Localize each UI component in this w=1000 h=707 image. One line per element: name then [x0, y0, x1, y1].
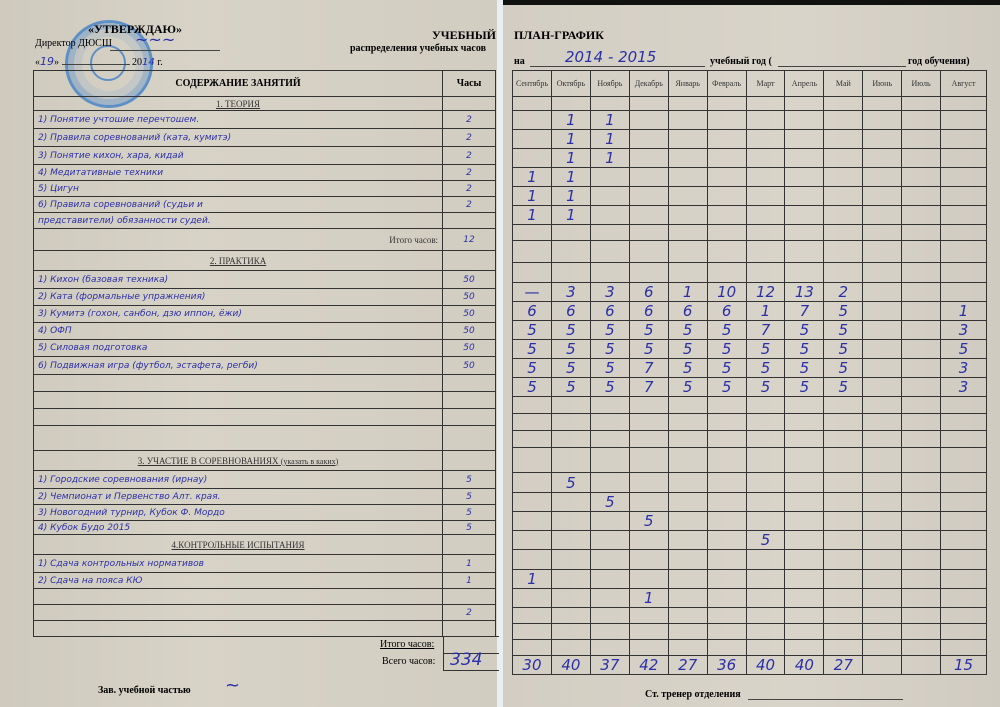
- theory-row-cell: [707, 206, 746, 225]
- competition-row: 1: [513, 589, 987, 608]
- theory-row-cell: [629, 168, 668, 187]
- monthly-totals-row-cell: [863, 656, 902, 675]
- topic-row: 6) Подвижная игра (футбол, эстафета, рег…: [34, 357, 443, 375]
- theory-row-cell: [746, 225, 785, 241]
- practice-row-cell: 6: [590, 302, 629, 321]
- practice-row-cell: [668, 397, 707, 414]
- competition-row-cell: [902, 493, 941, 512]
- competition-row-cell: [902, 473, 941, 493]
- competition-row-cell: [746, 473, 785, 493]
- practice-row-cell: [902, 431, 941, 448]
- competition-row-cell: [824, 493, 863, 512]
- practice-row-cell: 3: [551, 283, 590, 302]
- competition-row: 5: [513, 473, 987, 493]
- practice-row-cell: 5: [707, 340, 746, 359]
- competition-row-cell: 1: [513, 570, 552, 589]
- competition-row-cell: [785, 493, 824, 512]
- competition-row-cell: [746, 493, 785, 512]
- competition-row-cell: [863, 493, 902, 512]
- competition-row-cell: [668, 608, 707, 624]
- theory-row-cell: [629, 111, 668, 130]
- monthly-schedule-grid: СентябрьОктябрьНоябрьДекабрьЯнварьФеврал…: [512, 70, 987, 675]
- competition-row-cell: [668, 448, 707, 473]
- month-header-row-cell: Май: [824, 71, 863, 97]
- theory-row-cell: [941, 97, 987, 111]
- practice-row: [513, 397, 987, 414]
- competition-row-cell: [941, 570, 987, 589]
- head-signature: ~: [225, 675, 240, 696]
- practice-row-cell: 5: [785, 340, 824, 359]
- competition-row-cell: [824, 473, 863, 493]
- topic-row: 2) Ката (формальные упражнения): [34, 289, 443, 306]
- competition-row: [513, 448, 987, 473]
- practice-row-cell: 7: [785, 302, 824, 321]
- competition-row: [513, 640, 987, 656]
- monthly-totals-row: 30403742273640402715: [513, 656, 987, 675]
- theory-row-cell: 1: [551, 168, 590, 187]
- practice-row-cell: 1: [941, 302, 987, 321]
- practice-row-cell: [863, 321, 902, 340]
- topic-row: 4) Медитативные техники: [34, 165, 443, 181]
- col-hours-header: Часы: [443, 71, 496, 97]
- practice-row-cell: [629, 414, 668, 431]
- theory-row-cell: [785, 187, 824, 206]
- competition-row-cell: [863, 473, 902, 493]
- practice-row-cell: [941, 283, 987, 302]
- competition-row-cell: [513, 589, 552, 608]
- theory-row-cell: [707, 97, 746, 111]
- competition-row-cell: [513, 512, 552, 531]
- practice-row-cell: [863, 302, 902, 321]
- topic-row: 1) Понятие учтошие перечтошем.: [34, 111, 443, 129]
- month-header-row-cell: Январь: [668, 71, 707, 97]
- competition-row-cell: [513, 640, 552, 656]
- theory-row: 11: [513, 149, 987, 168]
- theory-row-cell: [824, 130, 863, 149]
- competition-row-cell: [629, 624, 668, 640]
- month-header-row-cell: Декабрь: [629, 71, 668, 97]
- theory-row: [513, 241, 987, 263]
- competition-row-cell: [629, 473, 668, 493]
- content-table: СОДЕРЖАНИЕ ЗАНЯТИЙ Часы 1. ТЕОРИЯ 1) Пон…: [33, 70, 496, 637]
- practice-row-cell: 7: [629, 359, 668, 378]
- theory-row-cell: [707, 149, 746, 168]
- competition-row-cell: [941, 473, 987, 493]
- theory-row-cell: [746, 149, 785, 168]
- topic-row: 5) Цигун: [34, 181, 443, 197]
- competition-row-cell: [746, 624, 785, 640]
- practice-row-cell: [668, 263, 707, 283]
- theory-row-cell: [513, 97, 552, 111]
- practice-row-cell: 6: [629, 283, 668, 302]
- theory-row-cell: [668, 97, 707, 111]
- monthly-totals-row-cell: 40: [746, 656, 785, 675]
- practice-row-cell: 5: [668, 321, 707, 340]
- competition-row-cell: [551, 493, 590, 512]
- academic-year: 2014 - 2015: [565, 48, 656, 66]
- competition-row-cell: [629, 493, 668, 512]
- competition-row-cell: [707, 608, 746, 624]
- practice-row-cell: 5: [941, 340, 987, 359]
- competition-row-cell: 5: [551, 473, 590, 493]
- theory-row-cell: [707, 225, 746, 241]
- monthly-totals-row-cell: 40: [551, 656, 590, 675]
- theory-row-cell: [824, 97, 863, 111]
- competition-row-cell: [629, 531, 668, 550]
- competition-row-cell: [668, 512, 707, 531]
- competition-row-cell: 5: [590, 493, 629, 512]
- theory-row-cell: [785, 206, 824, 225]
- theory-row-cell: [941, 111, 987, 130]
- month-header-row-cell: Август: [941, 71, 987, 97]
- competition-row-cell: [941, 624, 987, 640]
- col-content-header: СОДЕРЖАНИЕ ЗАНЯТИЙ: [34, 71, 443, 97]
- theory-row-cell: [863, 97, 902, 111]
- director-label: Директор ДЮСШ: [35, 38, 112, 49]
- practice-row-cell: 5: [629, 340, 668, 359]
- theory-row-cell: [746, 168, 785, 187]
- theory-row-cell: [785, 225, 824, 241]
- competition-row-cell: [824, 448, 863, 473]
- competition-row-cell: [590, 608, 629, 624]
- monthly-totals-row-cell: 30: [513, 656, 552, 675]
- theory-row-cell: 1: [551, 130, 590, 149]
- competition-row-cell: [551, 448, 590, 473]
- competition-row: 5: [513, 512, 987, 531]
- theory-row-cell: [707, 111, 746, 130]
- theory-row-cell: [824, 241, 863, 263]
- study-year-label: год обучения): [908, 56, 970, 67]
- practice-row-cell: 5: [824, 302, 863, 321]
- theory-row-cell: [785, 168, 824, 187]
- topic-row: 1) Городские соревнования (ирнау): [34, 471, 443, 489]
- practice-row-cell: 3: [941, 321, 987, 340]
- theory-row-cell: [629, 149, 668, 168]
- competition-row-cell: [629, 550, 668, 570]
- practice-row-cell: 3: [590, 283, 629, 302]
- competition-row-cell: [513, 448, 552, 473]
- competition-row-cell: [746, 589, 785, 608]
- practice-row-cell: 5: [785, 378, 824, 397]
- practice-row-cell: [863, 414, 902, 431]
- competition-row-cell: [746, 608, 785, 624]
- topic-row: представители) обязанности судей.: [34, 213, 443, 229]
- monthly-totals-row-cell: 27: [824, 656, 863, 675]
- theory-row-cell: [863, 111, 902, 130]
- theory-row-cell: [629, 97, 668, 111]
- month-header-row-cell: Октябрь: [551, 71, 590, 97]
- competition-row-cell: [590, 640, 629, 656]
- practice-row-cell: [513, 263, 552, 283]
- competition-row-cell: [785, 550, 824, 570]
- practice-row-cell: 2: [824, 283, 863, 302]
- practice-row-cell: 5: [551, 321, 590, 340]
- theory-row-cell: [513, 225, 552, 241]
- competition-row-cell: [902, 589, 941, 608]
- theory-row-cell: 1: [513, 168, 552, 187]
- competition-row: [513, 550, 987, 570]
- theory-row-cell: [629, 241, 668, 263]
- theory-row-cell: 1: [590, 149, 629, 168]
- practice-row-cell: 5: [824, 359, 863, 378]
- theory-row: 11: [513, 168, 987, 187]
- practice-row-cell: [863, 431, 902, 448]
- practice-row-cell: [590, 431, 629, 448]
- theory-row-cell: [785, 241, 824, 263]
- practice-row-cell: 5: [824, 321, 863, 340]
- practice-row-cell: [746, 414, 785, 431]
- practice-row-cell: [590, 414, 629, 431]
- practice-row: 5557555553: [513, 378, 987, 397]
- competition-row-cell: [746, 512, 785, 531]
- practice-row-cell: 5: [707, 378, 746, 397]
- practice-row-cell: [551, 414, 590, 431]
- competition-row-cell: [629, 448, 668, 473]
- practice-row-cell: 13: [785, 283, 824, 302]
- theory-row-cell: [551, 97, 590, 111]
- practice-row-cell: [785, 431, 824, 448]
- practice-row-cell: 5: [513, 378, 552, 397]
- practice-row-cell: [513, 397, 552, 414]
- month-header-row-cell: Апрель: [785, 71, 824, 97]
- competition-row-cell: [863, 448, 902, 473]
- practice-row-cell: 5: [513, 359, 552, 378]
- theory-row-cell: [824, 149, 863, 168]
- competition-row-cell: [902, 448, 941, 473]
- competition-row-cell: [668, 640, 707, 656]
- competition-row-cell: [785, 608, 824, 624]
- practice-row-cell: [824, 397, 863, 414]
- practice-row-cell: 5: [785, 321, 824, 340]
- practice-row-cell: 3: [941, 359, 987, 378]
- practice-row-cell: [863, 397, 902, 414]
- theory-row-cell: [863, 225, 902, 241]
- competition-row-cell: [590, 624, 629, 640]
- competition-row-cell: [707, 624, 746, 640]
- competition-row-cell: [863, 512, 902, 531]
- competition-row-cell: [785, 570, 824, 589]
- month-header-row-cell: Сентябрь: [513, 71, 552, 97]
- year-prefix: на: [514, 56, 525, 67]
- practice-row-cell: [785, 397, 824, 414]
- competition-row-cell: [513, 493, 552, 512]
- theory-row-cell: [668, 149, 707, 168]
- theory-row-cell: [629, 187, 668, 206]
- theory-row-cell: [707, 241, 746, 263]
- topic-row: 2) Сдача на пояса КЮ: [34, 573, 443, 589]
- practice-row-cell: 5: [668, 359, 707, 378]
- competition-row-cell: [707, 448, 746, 473]
- competition-row-cell: [863, 589, 902, 608]
- practice-row-cell: [629, 431, 668, 448]
- topic-row: 2) Правила соревнований (ката, кумитэ): [34, 129, 443, 147]
- practice-row-cell: 5: [746, 359, 785, 378]
- section-title-theory: 1. ТЕОРИЯ: [34, 97, 443, 111]
- competition-row-cell: [941, 589, 987, 608]
- section-title-practice: 2. ПРАКТИКА: [34, 251, 443, 271]
- practice-row-cell: 6: [551, 302, 590, 321]
- practice-row-cell: [863, 359, 902, 378]
- theory-row-cell: [941, 206, 987, 225]
- practice-row-cell: 5: [513, 340, 552, 359]
- practice-row-cell: [902, 263, 941, 283]
- competition-row-cell: [941, 550, 987, 570]
- theory-row-cell: 1: [513, 206, 552, 225]
- theory-row-cell: [668, 168, 707, 187]
- practice-row-cell: [941, 431, 987, 448]
- competition-row-cell: [590, 448, 629, 473]
- theory-row-cell: [746, 206, 785, 225]
- practice-row-cell: 5: [551, 340, 590, 359]
- practice-row-cell: 6: [513, 302, 552, 321]
- competition-row-cell: [629, 608, 668, 624]
- competition-row-cell: [902, 624, 941, 640]
- topic-row: 1) Кихон (базовая техника): [34, 271, 443, 289]
- competition-row-cell: [785, 531, 824, 550]
- theory-row-cell: [590, 241, 629, 263]
- theory-row-cell: [902, 168, 941, 187]
- competition-row-cell: [590, 531, 629, 550]
- practice-row-cell: [513, 414, 552, 431]
- practice-row-cell: [824, 414, 863, 431]
- competition-row-cell: 5: [629, 512, 668, 531]
- theory-row-cell: [629, 130, 668, 149]
- competition-row-cell: [668, 624, 707, 640]
- practice-row-cell: [707, 431, 746, 448]
- practice-row-cell: [941, 263, 987, 283]
- monthly-totals-row-cell: 15: [941, 656, 987, 675]
- competition-row-cell: [551, 512, 590, 531]
- theory-row-cell: [941, 225, 987, 241]
- practice-row-cell: [902, 302, 941, 321]
- theory-row-cell: [785, 111, 824, 130]
- practice-row-cell: 3: [941, 378, 987, 397]
- theory-row-cell: [746, 130, 785, 149]
- theory-row: 11: [513, 130, 987, 149]
- practice-row-cell: [941, 414, 987, 431]
- theory-row-cell: [590, 206, 629, 225]
- competition-row: 1: [513, 570, 987, 589]
- theory-row-cell: 1: [551, 149, 590, 168]
- competition-row-cell: [902, 640, 941, 656]
- signature-line: [110, 50, 220, 51]
- competition-row-cell: [941, 531, 987, 550]
- competition-row-cell: [707, 589, 746, 608]
- theory-row-cell: [863, 149, 902, 168]
- competition-row-cell: [707, 550, 746, 570]
- practice-row-cell: 10: [707, 283, 746, 302]
- practice-row-cell: [941, 397, 987, 414]
- competition-row-cell: [668, 493, 707, 512]
- practice-row-cell: 6: [668, 302, 707, 321]
- practice-row-cell: 5: [590, 321, 629, 340]
- competition-row-cell: [902, 550, 941, 570]
- competition-row-cell: [513, 608, 552, 624]
- practice-row-cell: [746, 397, 785, 414]
- competition-row-cell: [551, 570, 590, 589]
- practice-row-cell: [590, 397, 629, 414]
- practice-row: [513, 263, 987, 283]
- theory-row-cell: [785, 149, 824, 168]
- theory-row-cell: [902, 111, 941, 130]
- practice-row: [513, 431, 987, 448]
- theory-row-cell: [941, 149, 987, 168]
- competition-row-cell: [551, 550, 590, 570]
- monthly-totals-row-cell: 37: [590, 656, 629, 675]
- theory-row-cell: [668, 187, 707, 206]
- practice-row-cell: [551, 431, 590, 448]
- theory-row-cell: [668, 225, 707, 241]
- topic-row: 5) Силовая подготовка: [34, 340, 443, 357]
- theory-row-cell: [513, 241, 552, 263]
- theory-row-cell: [551, 225, 590, 241]
- competition-row-cell: [824, 531, 863, 550]
- month-header-row-cell: Ноябрь: [590, 71, 629, 97]
- competition-row-cell: [551, 531, 590, 550]
- director-signature: ~~~: [135, 30, 175, 49]
- practice-row-cell: 1: [746, 302, 785, 321]
- competition-row-cell: [824, 550, 863, 570]
- practice-row-cell: 1: [668, 283, 707, 302]
- competition-row-cell: [941, 493, 987, 512]
- practice-row: —33611012132: [513, 283, 987, 302]
- practice-row-cell: [902, 414, 941, 431]
- practice-row-cell: 5: [785, 359, 824, 378]
- monthly-totals-row-cell: 27: [668, 656, 707, 675]
- theory-row-cell: [902, 225, 941, 241]
- competition-row-cell: [824, 570, 863, 589]
- competition-row-cell: 5: [746, 531, 785, 550]
- practice-row-cell: 5: [590, 340, 629, 359]
- month-header-row-cell: Март: [746, 71, 785, 97]
- practice-row-cell: [902, 283, 941, 302]
- competition-row-cell: [785, 448, 824, 473]
- theory-row-cell: [590, 187, 629, 206]
- theory-total-label: Итого часов:: [34, 229, 443, 251]
- competition-row-cell: [824, 512, 863, 531]
- practice-row-cell: 6: [707, 302, 746, 321]
- year-label: учебный год (: [710, 56, 772, 67]
- month-header-row-cell: Июль: [902, 71, 941, 97]
- practice-row-cell: 5: [746, 378, 785, 397]
- practice-row-cell: [707, 414, 746, 431]
- competition-row-cell: [863, 570, 902, 589]
- theory-row-cell: [668, 111, 707, 130]
- competition-row-cell: [668, 570, 707, 589]
- competition-row-cell: [746, 448, 785, 473]
- competition-row: [513, 624, 987, 640]
- competition-row-cell: [551, 608, 590, 624]
- theory-row-cell: [746, 241, 785, 263]
- theory-row-cell: [707, 130, 746, 149]
- theory-row-cell: [668, 130, 707, 149]
- theory-row-cell: [551, 241, 590, 263]
- theory-row-cell: [902, 187, 941, 206]
- monthly-totals-row-cell: 36: [707, 656, 746, 675]
- coach-label: Ст. тренер отделения: [645, 689, 741, 700]
- theory-row-cell: [590, 97, 629, 111]
- section-title-tests: 4.КОНТРОЛЬНЫЕ ИСПЫТАНИЯ: [34, 535, 443, 555]
- theory-row-cell: [668, 241, 707, 263]
- competition-row-cell: [707, 473, 746, 493]
- theory-row-cell: [941, 130, 987, 149]
- practice-row-cell: [863, 283, 902, 302]
- theory-row-cell: [668, 206, 707, 225]
- theory-row-cell: [824, 168, 863, 187]
- competition-row-cell: [785, 624, 824, 640]
- practice-row-cell: [902, 397, 941, 414]
- practice-row-cell: [629, 263, 668, 283]
